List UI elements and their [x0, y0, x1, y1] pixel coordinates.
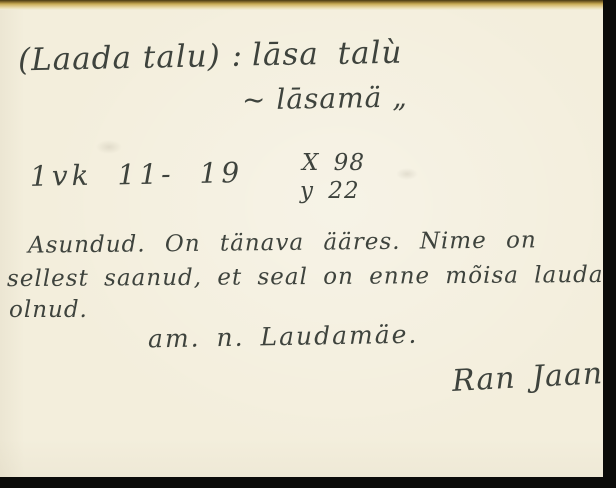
paper-smudge: [396, 168, 418, 180]
paper-smudge: [96, 140, 122, 154]
card-heading-bracketed-name: (Laada talu) :: [18, 38, 244, 79]
card-heading-phonetic-name: lāsa talù: [252, 35, 403, 74]
card-bottom-edge: [0, 477, 616, 488]
scanned-archive-card: (Laada talu) : lāsa talù ~ lāsamä „ 1vk …: [0, 0, 616, 488]
card-right-edge: [603, 0, 616, 488]
note-line: olnud.: [9, 297, 88, 323]
coordinate-x: X 98: [302, 150, 365, 176]
note-line: sellest saanud, et seal on enne mõisa la…: [7, 262, 616, 292]
card-heading-name-variant: ~ lāsamä „: [242, 81, 408, 117]
map-reference: 1vk 11- 19: [30, 156, 244, 193]
card-top-edge: [0, 0, 616, 10]
official-name-note: am. n. Laudamäe.: [148, 320, 419, 354]
coordinate-y: y 22: [300, 178, 360, 204]
note-line: Asundud. On tänava ääres. Nime on: [28, 227, 537, 258]
